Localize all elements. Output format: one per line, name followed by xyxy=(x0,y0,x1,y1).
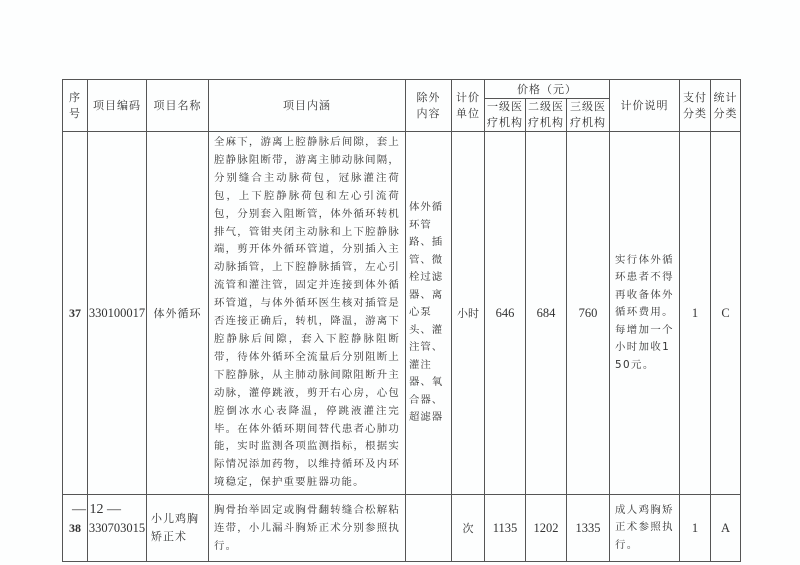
header-unit: 计价 单位 xyxy=(452,80,485,132)
cell-pricing-note: 实行体外循环患者不得再收备体外循环费用。每增加一个小时加收150元。 xyxy=(610,132,680,495)
cell-price-level2: 1202 xyxy=(526,495,567,562)
cell-code: 330100017 xyxy=(88,132,147,495)
header-stat-class: 统计 分类 xyxy=(711,80,741,132)
header-price-level2-line1: 二级医 xyxy=(526,99,566,115)
header-payment-class: 支付 分类 xyxy=(680,80,711,132)
cell-content: 全麻下，游离上腔静脉后间隙，套上腔静脉阻断带，游离主肺动脉间隔，分别缝合主动脉荷… xyxy=(209,132,406,495)
header-exclusions-line2: 内容 xyxy=(406,106,451,122)
cell-price-level1: 1135 xyxy=(485,495,526,562)
cell-stat-class: A xyxy=(711,495,741,562)
cell-payment-class: 1 xyxy=(680,495,711,562)
header-unit-line2: 单位 xyxy=(452,106,484,122)
header-price-level3-line2: 疗机构 xyxy=(567,115,609,131)
cell-seq: 37 xyxy=(63,132,88,495)
header-price-level3-line1: 三级医 xyxy=(567,99,609,115)
header-exclusions-line1: 除外 xyxy=(406,90,451,106)
cell-payment-class: 1 xyxy=(680,132,711,495)
cell-price-level3: 1335 xyxy=(567,495,610,562)
header-price-level1-line2: 疗机构 xyxy=(485,115,525,131)
table-row: 37 330100017 体外循环 全麻下，游离上腔静脉后间隙，套上腔静脉阻断带… xyxy=(63,132,741,495)
header-unit-line1: 计价 xyxy=(452,90,484,106)
header-seq-line1: 序 xyxy=(63,90,87,106)
cell-unit: 小时 xyxy=(452,132,485,495)
header-price-level1: 一级医 疗机构 xyxy=(485,99,526,132)
header-price-level1-line1: 一级医 xyxy=(485,99,525,115)
document-page: 序 号 项目编码 项目名称 项目内涵 除外 内容 计价 单位 价格（元） 计价说… xyxy=(0,0,800,565)
table-header: 序 号 项目编码 项目名称 项目内涵 除外 内容 计价 单位 价格（元） 计价说… xyxy=(63,80,741,132)
header-stat-line2: 分类 xyxy=(711,106,740,122)
header-payment-line1: 支付 xyxy=(680,90,710,106)
header-price-group: 价格（元） xyxy=(485,80,610,99)
cell-unit: 次 xyxy=(452,495,485,562)
header-price-level2: 二级医 疗机构 xyxy=(526,99,567,132)
header-payment-line2: 分类 xyxy=(680,106,710,122)
cell-name: 小儿鸡胸矫正术 xyxy=(147,495,209,562)
cell-content: 胸骨抬举固定或胸骨翻转缝合松解粘连带，小儿漏斗胸矫正术分别参照执行。 xyxy=(209,495,406,562)
cell-exclusions xyxy=(406,495,452,562)
cell-price-level2: 684 xyxy=(526,132,567,495)
header-seq: 序 号 xyxy=(63,80,88,132)
cell-stat-class: C xyxy=(711,132,741,495)
cell-name: 体外循环 xyxy=(147,132,209,495)
cell-pricing-note: 成人鸡胸矫正术参照执行。 xyxy=(610,495,680,562)
fee-schedule-table: 序 号 项目编码 项目名称 项目内涵 除外 内容 计价 单位 价格（元） 计价说… xyxy=(62,79,741,562)
table-row: 38 330703015 小儿鸡胸矫正术 胸骨抬举固定或胸骨翻转缝合松解粘连带，… xyxy=(63,495,741,562)
cell-price-level3: 760 xyxy=(567,132,610,495)
header-code: 项目编码 xyxy=(88,80,147,132)
header-stat-line1: 统计 xyxy=(711,90,740,106)
header-seq-line2: 号 xyxy=(63,106,87,122)
header-name: 项目名称 xyxy=(147,80,209,132)
header-pricing-note: 计价说明 xyxy=(610,80,680,132)
header-content: 项目内涵 xyxy=(209,80,406,132)
cell-price-level1: 646 xyxy=(485,132,526,495)
page-number: — 12 — xyxy=(72,502,121,518)
header-exclusions: 除外 内容 xyxy=(406,80,452,132)
header-price-level3: 三级医 疗机构 xyxy=(567,99,610,132)
header-price-level2-line2: 疗机构 xyxy=(526,115,566,131)
cell-exclusions: 体外循环管路、插管、微栓过滤器、离心泵头、灌注管、灌注器、氧合器、超滤器 xyxy=(406,132,452,495)
